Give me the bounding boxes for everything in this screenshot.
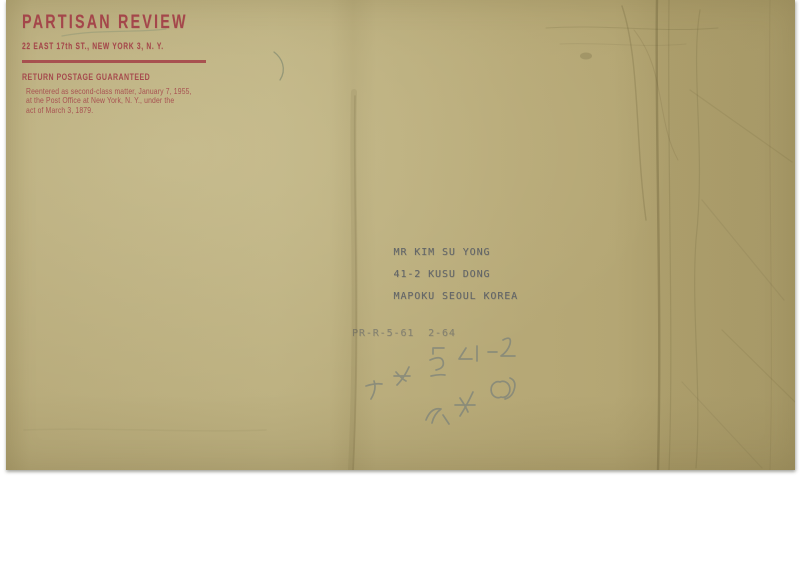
masthead-rule (22, 60, 206, 63)
pencil-smudge (274, 52, 283, 80)
mailing-code: PR-R-5-61 2-64 (352, 328, 518, 339)
masthead-title: PARTISAN REVIEW (22, 12, 188, 34)
paper-creases-overlay (6, 0, 795, 470)
reentry-notice: Reentered as second-class matter, Januar… (26, 87, 192, 115)
envelope: PARTISAN REVIEW 22 EAST 17th ST., NEW YO… (6, 0, 795, 470)
recipient-line-2: 41-2 KUSU DONG (394, 269, 491, 280)
return-postage-notice: RETURN POSTAGE GUARANTEED (22, 72, 150, 82)
recipient-line-1: MR KIM SU YONG (394, 247, 491, 258)
scanned-envelope-page: PARTISAN REVIEW 22 EAST 17th ST., NEW YO… (0, 0, 800, 566)
reentry-notice-line-3: act of March 3, 1879. (26, 106, 192, 115)
recipient-line-3: MAPOKU SEOUL KOREA (394, 291, 519, 302)
masthead-street-address: 22 EAST 17th ST., NEW YORK 3, N. Y. (22, 41, 164, 52)
typed-recipient-address: MR KIM SU YONG 41-2 KUSU DONG MAPOKU SEO… (352, 236, 518, 361)
